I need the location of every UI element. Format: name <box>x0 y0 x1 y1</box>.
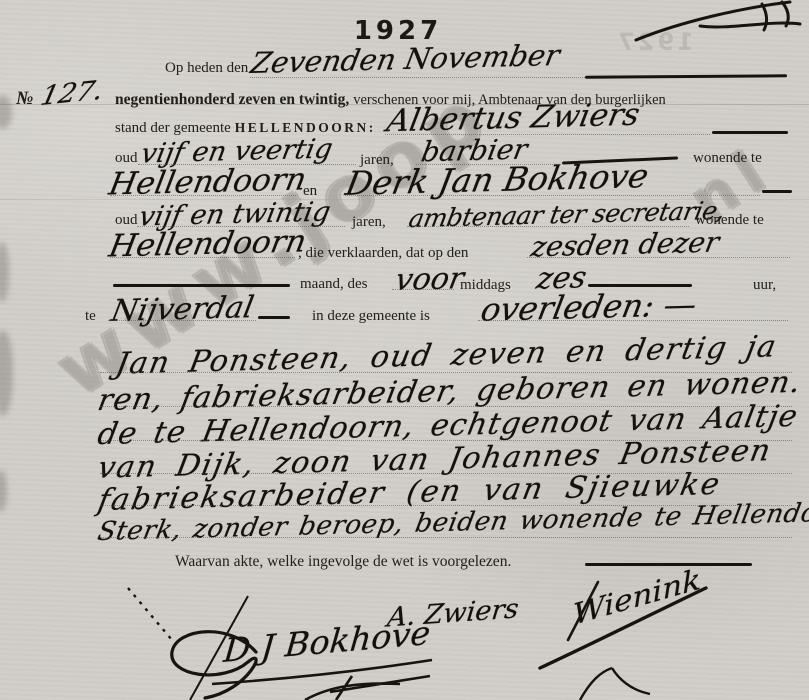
ink-fill-line <box>585 74 787 78</box>
cutoff-signature-strokes-bottom-left <box>305 676 430 700</box>
dotted-fill-rule <box>108 320 256 321</box>
form-dotted-rule <box>100 537 792 538</box>
dotted-fill-rule <box>250 77 585 78</box>
printed-te: te <box>85 308 96 325</box>
cutoff-signature-strokes-bottom-right <box>580 668 650 700</box>
dotted-fill-rule <box>110 195 298 196</box>
handwritten-declarant1-residence: Hellendoorn <box>106 161 309 202</box>
handwritten-date: Zevenden November <box>248 38 563 80</box>
printed-stand: stand der gemeente <box>115 120 231 136</box>
form-dotted-rule <box>100 473 792 474</box>
handwritten-overleden: overleden: — <box>478 285 700 329</box>
printed-maand-des: maand, des <box>300 276 367 293</box>
scan-edge-smudge <box>0 330 13 416</box>
scan-edge-smudge <box>0 242 9 302</box>
dotted-fill-rule <box>478 320 788 321</box>
act-number-value: 127. <box>38 75 107 112</box>
printed-uur: uur, <box>753 277 776 294</box>
handwritten-declarant2-residence: Hellendoorn <box>106 223 309 264</box>
printed-year-words: negentienhonderd zeven en twintig, <box>115 91 349 108</box>
form-dotted-rule <box>100 406 792 407</box>
printed-op-heden: Op heden den <box>165 60 248 77</box>
bleedthrough-year: 1927 <box>615 28 694 56</box>
printed-jaren-2: jaren, <box>352 214 386 231</box>
printed-wonende-te-1: wonende te <box>693 150 762 167</box>
printed-in-deze: in deze gemeente is <box>312 308 430 325</box>
scan-edge-smudge <box>0 470 7 512</box>
signature-official: Wienink <box>572 563 702 633</box>
scan-edge-smudge <box>0 95 12 129</box>
ink-fill-line <box>585 563 752 566</box>
printed-waarvan-akte: Waarvan akte, welke ingevolge de wet is … <box>175 553 511 571</box>
printed-gemeente-name: HELLENDOORN: <box>235 120 376 135</box>
dotted-fill-rule <box>392 289 454 290</box>
ink-spatter <box>128 588 172 640</box>
handwritten-place: Nijverdal <box>108 290 256 329</box>
dotted-fill-rule <box>110 257 295 258</box>
ink-dash <box>258 316 290 319</box>
signature-declarant2: D J Bokhove <box>222 613 432 670</box>
form-dotted-rule <box>100 372 792 373</box>
printed-verklaarden: , die verklaarden, dat op den <box>298 245 468 262</box>
death-certificate-scan: www.joop nl 1927 1927 Op heden den Zeven… <box>0 0 809 700</box>
form-dotted-rule <box>100 505 792 506</box>
ink-fill-line <box>712 131 788 134</box>
handwritten-daypart: voor <box>393 261 467 298</box>
ink-fill-line <box>113 284 290 287</box>
ink-dash <box>762 190 792 193</box>
form-dotted-rule <box>100 440 792 441</box>
dotted-fill-rule <box>527 257 790 258</box>
act-number-sign: № <box>16 88 33 110</box>
